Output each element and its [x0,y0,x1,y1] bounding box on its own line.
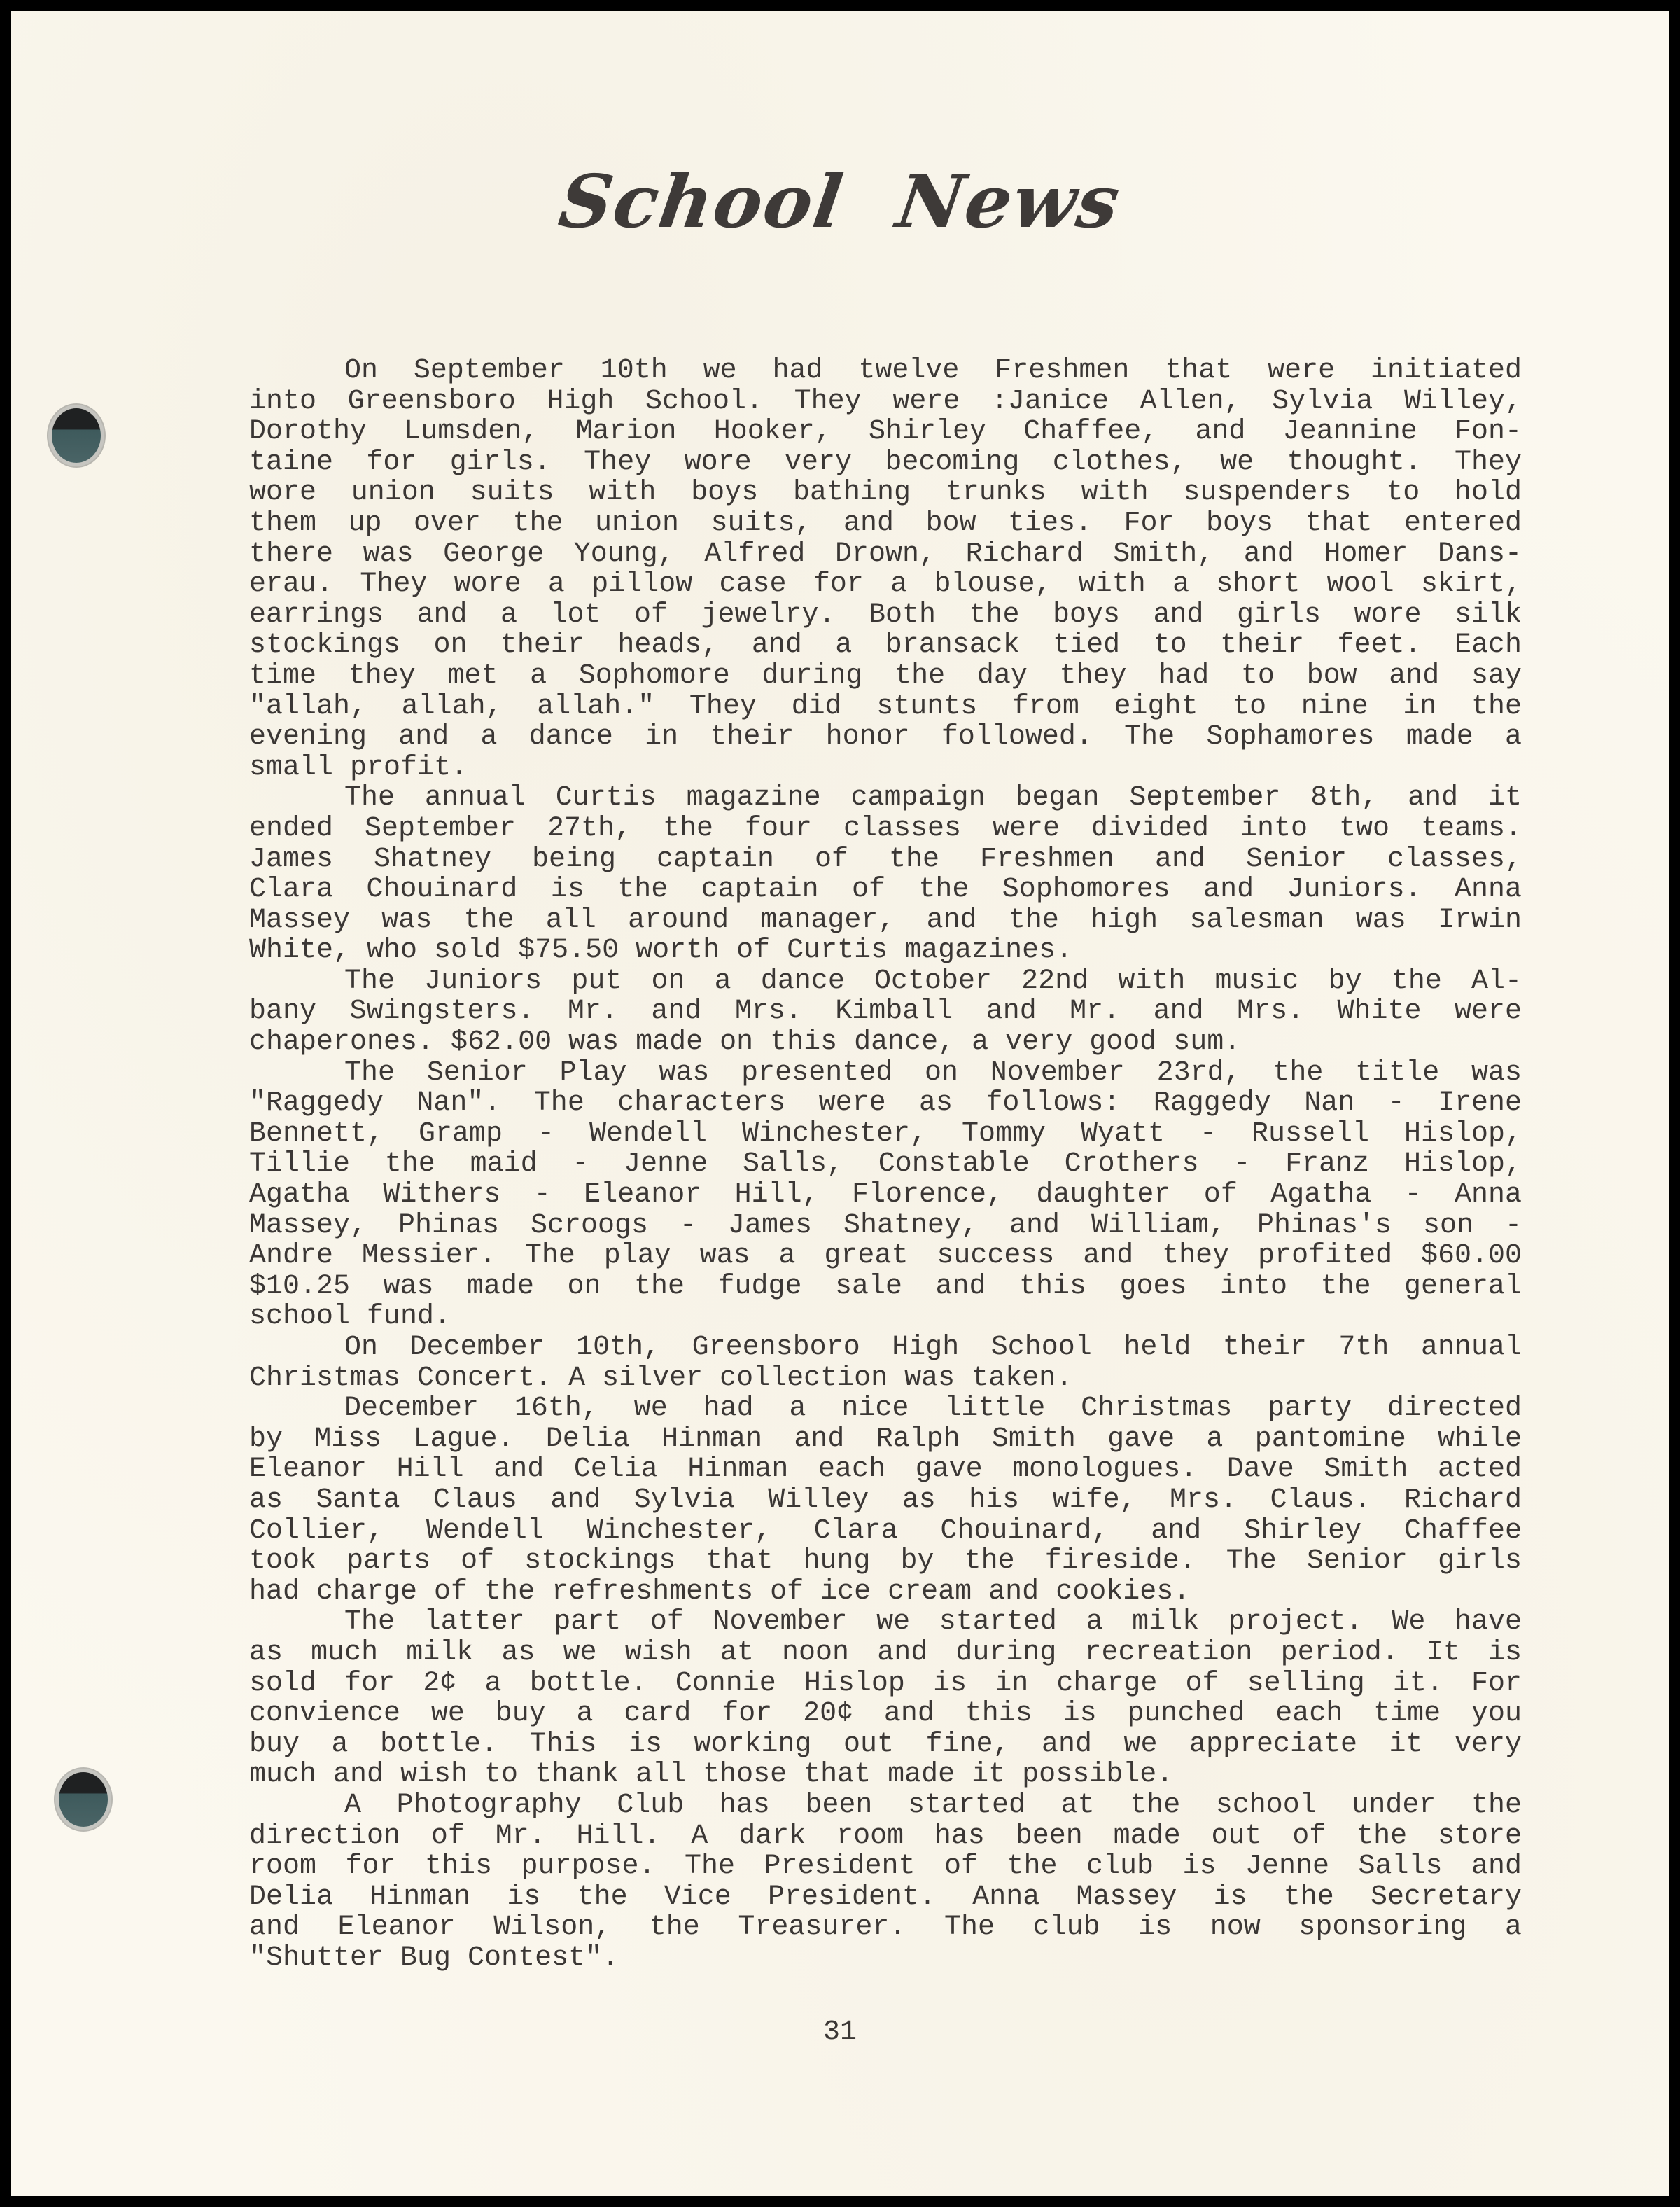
text-line: Collier, Wendell Winchester, Clara Choui… [249,1516,1522,1547]
text-line: Clara Chouinard is the captain of the So… [249,875,1522,905]
paragraph: The Senior Play was presented on Novembe… [249,1058,1522,1332]
text-line: $10.25 was made on the fudge sale and th… [249,1272,1522,1302]
text-line: Eleanor Hill and Celia Hinman each gave … [249,1454,1522,1485]
binder-hole-top [52,408,101,463]
text-line: The Juniors put on a dance October 22nd … [249,966,1522,997]
text-line: Dorothy Lumsden, Marion Hooker, Shirley … [249,417,1522,447]
text-line: Massey, Phinas Scroogs - James Shatney, … [249,1211,1522,1241]
text-line: wore union suits with boys bathing trunk… [249,478,1522,508]
text-line: as much milk as we wish at noon and duri… [249,1638,1522,1669]
paragraph: On September 10th we had twelve Freshmen… [249,356,1522,783]
text-line: Agatha Withers - Eleanor Hill, Florence,… [249,1180,1522,1211]
text-line: direction of Mr. Hill. A dark room has b… [249,1821,1522,1852]
paragraph: A Photography Club has been started at t… [249,1790,1522,1974]
text-line: "Raggedy Nan". The characters were as fo… [249,1088,1522,1119]
text-line: Bennett, Gramp - Wendell Winchester, Tom… [249,1119,1522,1150]
text-line: them up over the union suits, and bow ti… [249,508,1522,539]
text-line: time they met a Sophomore during the day… [249,661,1522,692]
paragraph: The annual Curtis magazine campaign bega… [249,783,1522,966]
text-line: Delia Hinman is the Vice President. Anna… [249,1882,1522,1913]
text-line: chaperones. $62.00 was made on this danc… [249,1027,1522,1058]
text-line: by Miss Lague. Delia Hinman and Ralph Sm… [249,1424,1522,1455]
text-line: White, who sold $75.50 worth of Curtis m… [249,935,1522,966]
text-line: took parts of stockings that hung by the… [249,1546,1522,1577]
text-line: ended September 27th, the four classes w… [249,814,1522,844]
text-line: convience we buy a card for 20¢ and this… [249,1699,1522,1729]
text-line: A Photography Club has been started at t… [249,1790,1522,1821]
text-line: stockings on their heads, and a bransack… [249,630,1522,661]
text-line: erau. They wore a pillow case for a blou… [249,569,1522,600]
text-line: and Eleanor Wilson, the Treasurer. The c… [249,1912,1522,1943]
text-line: there was George Young, Alfred Drown, Ri… [249,539,1522,570]
text-line: Tillie the maid - Jenne Salls, Constable… [249,1149,1522,1180]
text-line: evening and a dance in their honor follo… [249,722,1522,753]
paragraph: The latter part of November we started a… [249,1607,1522,1790]
text-line: Massey was the all around manager, and t… [249,905,1522,936]
text-line: On December 10th, Greensboro High School… [249,1332,1522,1363]
text-line: buy a bottle. This is working out fine, … [249,1729,1522,1760]
text-line: into Greensboro High School. They were :… [249,387,1522,417]
text-line: school fund. [249,1302,1522,1332]
text-line: sold for 2¢ a bottle. Connie Hislop is i… [249,1669,1522,1699]
page-number: 31 [0,2017,1680,2048]
text-line: December 16th, we had a nice little Chri… [249,1393,1522,1424]
text-line: The annual Curtis magazine campaign bega… [249,783,1522,814]
text-line: The latter part of November we started a… [249,1607,1522,1638]
article-body: On September 10th we had twelve Freshmen… [249,356,1522,1973]
text-line: as Santa Claus and Sylvia Willey as his … [249,1485,1522,1516]
text-line: On September 10th we had twelve Freshmen… [249,356,1522,387]
text-line: had charge of the refreshments of ice cr… [249,1577,1522,1608]
paragraph: On December 10th, Greensboro High School… [249,1332,1522,1393]
text-line: "allah, allah, allah." They did stunts f… [249,692,1522,723]
text-line: earrings and a lot of jewelry. Both the … [249,600,1522,631]
text-line: room for this purpose. The President of … [249,1851,1522,1882]
page-title: School News [0,158,1680,244]
paragraph: The Juniors put on a dance October 22nd … [249,966,1522,1058]
text-line: Christmas Concert. A silver collection w… [249,1363,1522,1394]
text-line: Andre Messier. The play was a great succ… [249,1241,1522,1272]
paragraph: December 16th, we had a nice little Chri… [249,1393,1522,1607]
text-line: The Senior Play was presented on Novembe… [249,1058,1522,1089]
binder-hole-bottom [59,1772,108,1827]
text-line: "Shutter Bug Contest". [249,1943,1522,1974]
text-line: taine for girls. They wore very becoming… [249,447,1522,478]
text-line: much and wish to thank all those that ma… [249,1760,1522,1790]
text-line: James Shatney being captain of the Fresh… [249,844,1522,875]
text-line: bany Swingsters. Mr. and Mrs. Kimball an… [249,996,1522,1027]
text-line: small profit. [249,753,1522,784]
